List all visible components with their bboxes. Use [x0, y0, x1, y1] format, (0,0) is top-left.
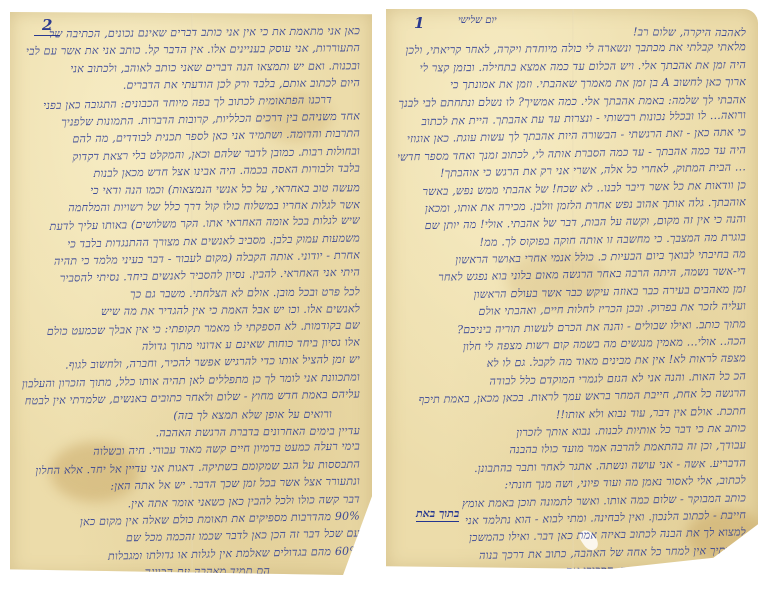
scanned-letter: 2 כאן אני מתאמת את כי אין אני כותב דברים…	[0, 0, 768, 592]
letter-page-1: 1 יום שלישי לאהבה היקרה, שלום רב! מלאתי …	[386, 9, 758, 569]
letter-page-2: 2 כאן אני מתאמת את כי אין אני כותב דברים…	[10, 12, 372, 575]
handwritten-text-block: לאהבה היקרה, שלום רב! מלאתי קבלתי את מכת…	[398, 23, 746, 569]
handwritten-text-block: כאן אני מתאמת את כי אין אני כותב דברים ש…	[22, 24, 360, 575]
underlined-phrase: בתוך באת	[416, 507, 459, 522]
text-line: הם תמיד מאהבה עם הכוונה.	[22, 561, 360, 575]
